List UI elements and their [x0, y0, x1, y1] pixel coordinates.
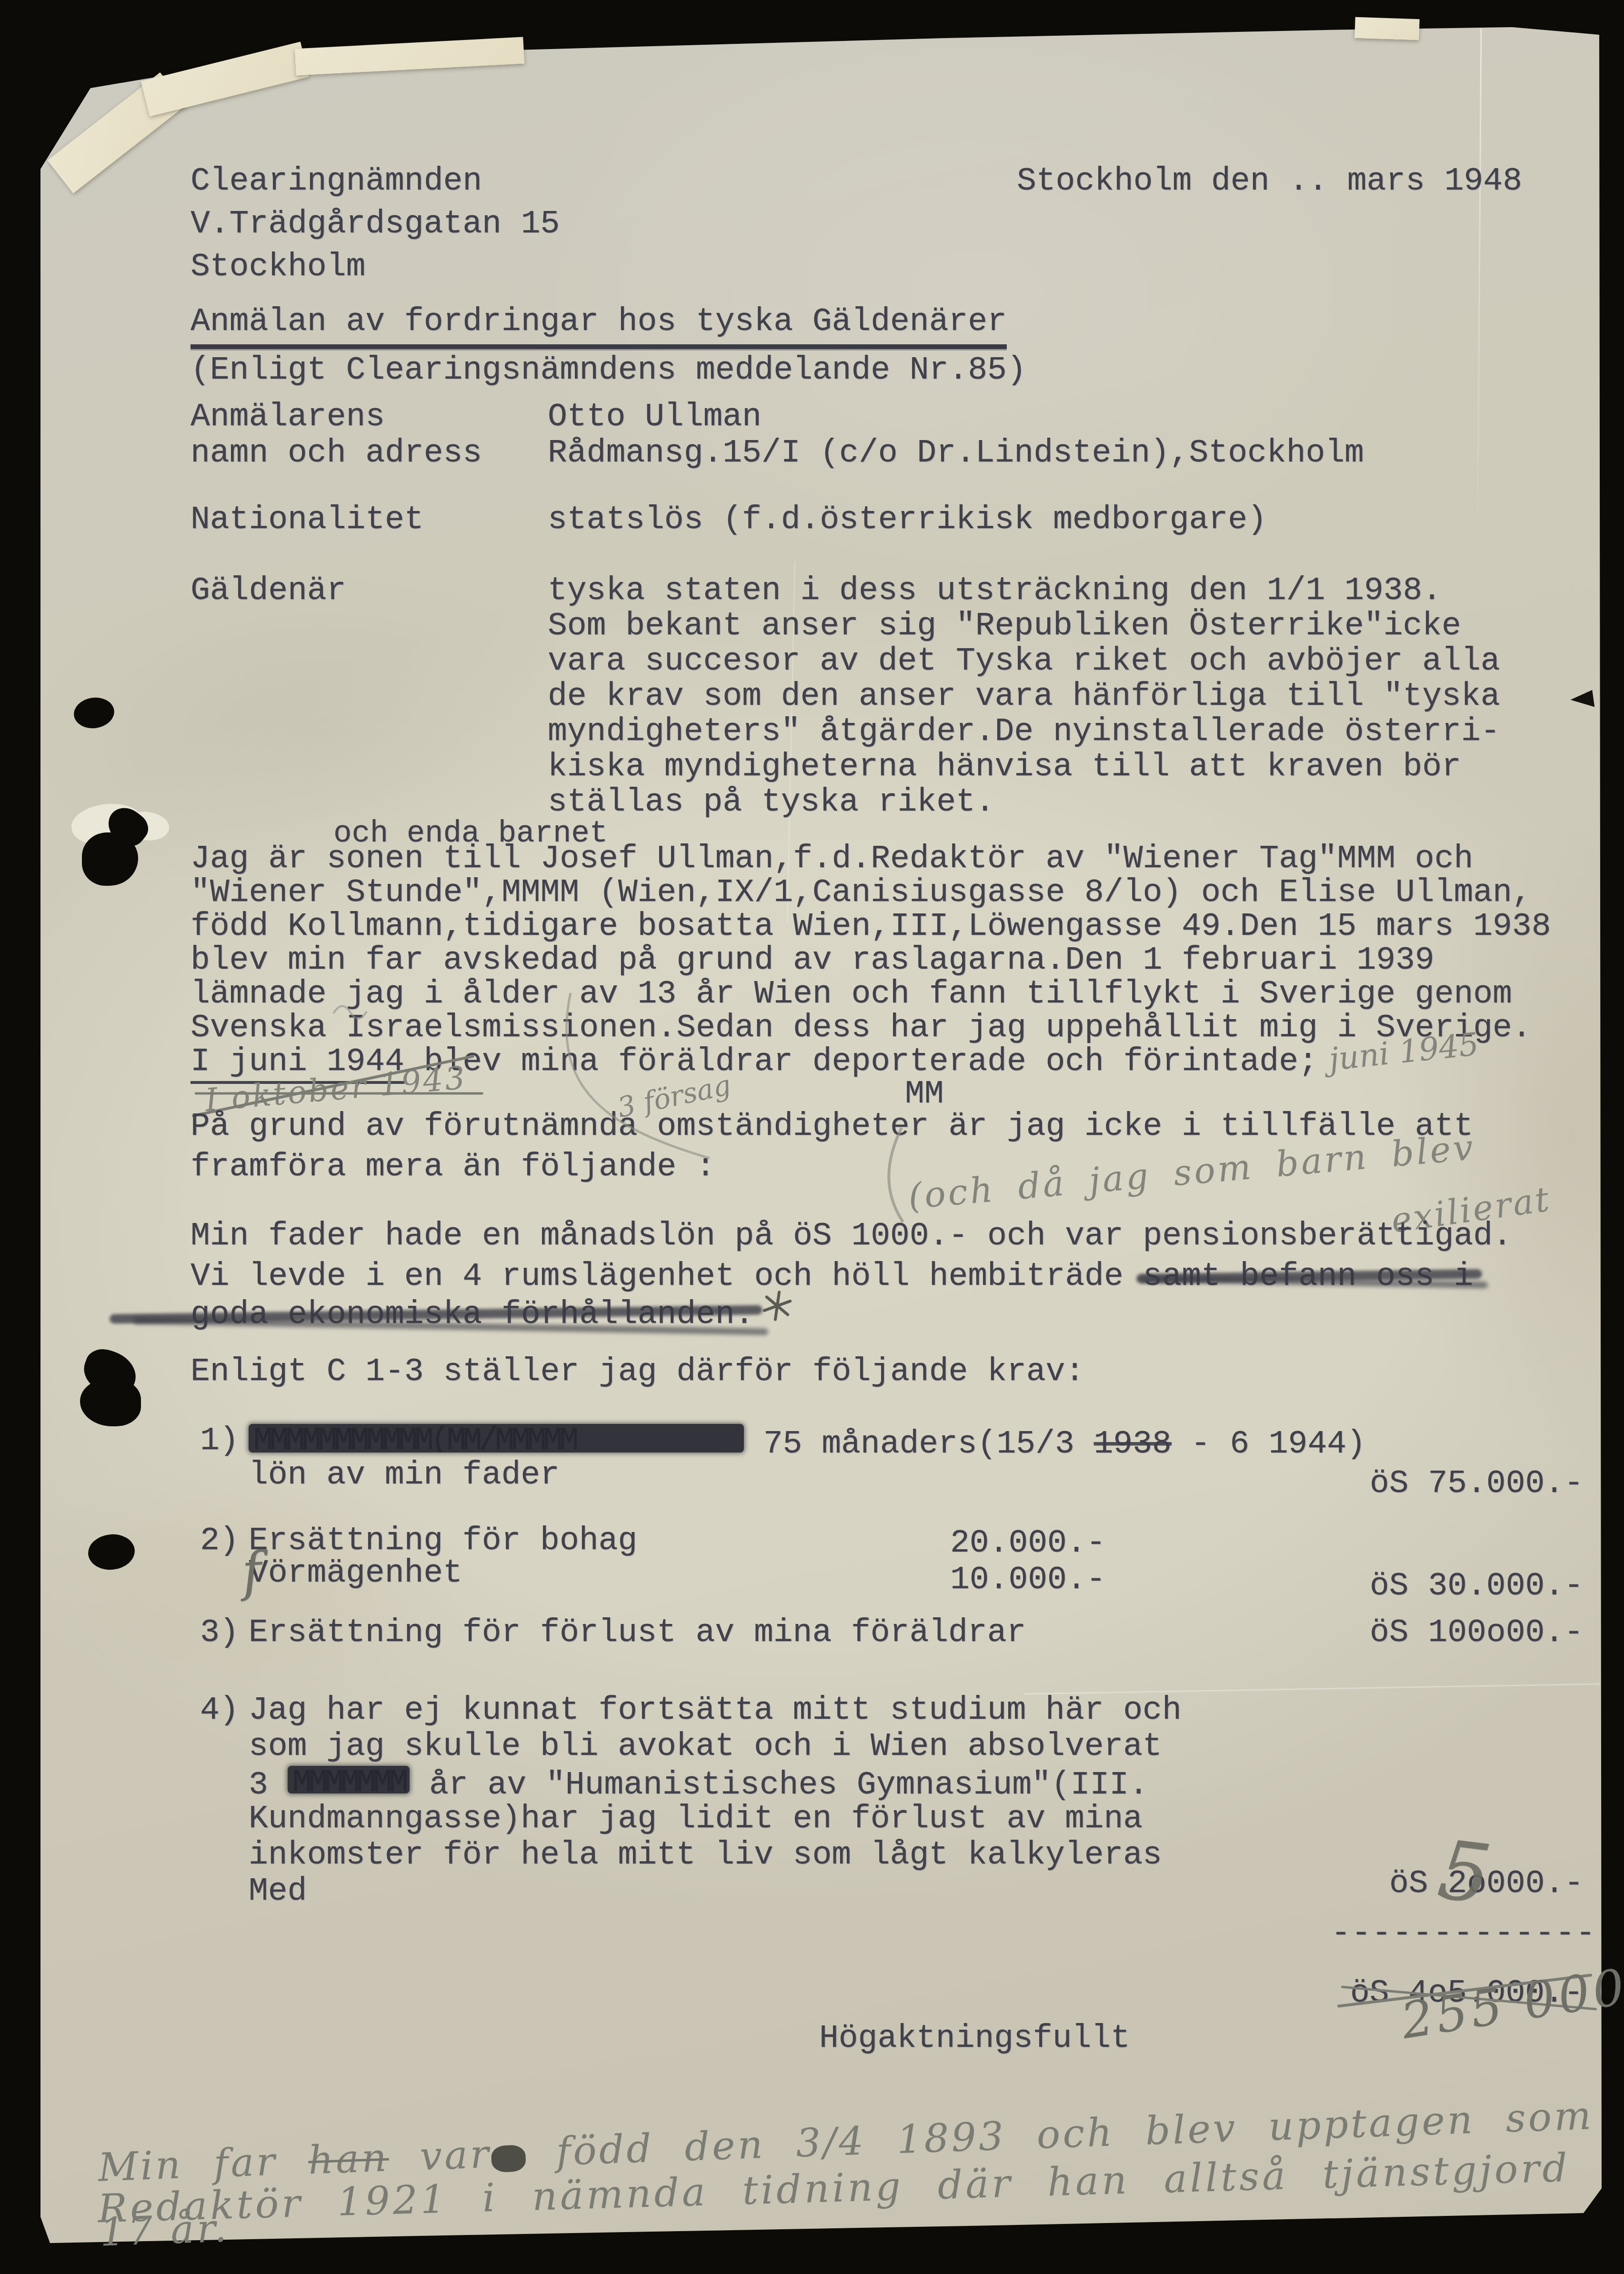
applicant-label-line1: Anmälarens: [190, 400, 385, 434]
applicant-address: Rådmansg.15/I (c/o Dr.Lindstein),Stockho…: [548, 436, 1364, 471]
claim-1-line1: MMMMMMMMMMM(MM/MMMMM 75 månaders(15/3 19…: [249, 1424, 1366, 1462]
text-line: Som bekant anser sig "Republiken Österri…: [548, 609, 1500, 644]
claim-2-line2: Vförmägenhet: [249, 1556, 462, 1591]
applicant-label-line2: namn och adress: [190, 436, 482, 471]
line7-rest: blev mina föräldrar deporterade och föri…: [404, 1043, 1318, 1080]
claim-2-line1: Ersättning för bohag: [249, 1524, 637, 1558]
text-line: tyska staten i dess utsträckning den 1/1…: [548, 574, 1500, 609]
claim-1-line2: lön av min fader: [249, 1458, 560, 1493]
body-paragraph-2-line2: framföra mera än följande :: [190, 1150, 715, 1184]
struck-year: 1938: [1094, 1426, 1172, 1463]
asterisk-mark: [760, 1289, 794, 1323]
pencil-digit: 5: [1434, 1827, 1495, 1918]
tape-piece: [1354, 17, 1419, 40]
text-line: lämnade jag i ålder av 13 år Wien och fa…: [190, 977, 1551, 1011]
claim-3-line1: Ersättning för förlust av mina föräldrar: [249, 1616, 1026, 1650]
text-line: vara succesor av det Tyska riket och avb…: [548, 644, 1500, 680]
typed-overtype-mm: MM: [905, 1077, 944, 1112]
salary-line3: goda ekonomiska förhållanden.: [190, 1298, 754, 1332]
dateline: Stockholm den .. mars 1948: [1017, 164, 1522, 199]
salary-line1: Min fader hade en månadslön på öS 1000.-…: [190, 1219, 1512, 1253]
claim-4-line5: inkomster för hela mitt liv som lågt kal…: [249, 1838, 1162, 1873]
claim-4-line3-pre: 3: [249, 1767, 288, 1803]
claim-2-amount: öS 30.000.-: [1370, 1569, 1584, 1603]
closing-salutation: Högaktningsfullt: [819, 2022, 1130, 2056]
claim-4-line3: 3 MMMMMMM år av "Humanistisches Gymnasiu…: [249, 1766, 1148, 1803]
text-line: Clearingnämnden: [190, 164, 560, 207]
blotted-text: MMMMMMM: [288, 1766, 410, 1793]
pencil-blot: [491, 2144, 526, 2172]
claim-2-subamount1: 20.000.-: [950, 1526, 1105, 1561]
text-line: född Kollmann,tidigare bosatta Wien,III,…: [190, 910, 1551, 943]
text-line: de krav som den anser vara hänförliga ti…: [548, 680, 1500, 715]
body-paragraph-2-line1: På grund av förutnämnda omständigheter ä…: [190, 1110, 1473, 1144]
claim-4-line1: Jag har ej kunnat fortsätta mitt studium…: [249, 1693, 1182, 1728]
text-line: "Wiener Stunde",MMMM (Wien,IX/1,Canisius…: [190, 876, 1551, 910]
text-line: myndigheters" åtgärder.De nyinstallerade…: [548, 715, 1500, 750]
sum-dashes: -------------: [1331, 1917, 1596, 1951]
pencil-initial: f: [240, 1543, 263, 1600]
text-line: Jag är sonen till Josef Ullman,f.d.Redak…: [190, 842, 1551, 876]
footer-struck-word: han: [308, 2135, 390, 2184]
nationality-label: Nationalitet: [190, 503, 424, 537]
claim-4-line3-post: år av "Humanistisches Gymnasium"(III.: [410, 1767, 1148, 1803]
claim-2-line2-rest: örmägenhet: [268, 1555, 462, 1592]
doc-title: Anmälan av fordringar hos tyska Gäldenär…: [190, 305, 1007, 339]
claim-2-number: 2): [200, 1524, 239, 1558]
claim-1-number: 1): [200, 1424, 239, 1458]
debtor-label: Gäldenär: [190, 574, 346, 608]
doc-title-text: Anmälan av fordringar hos tyska Gäldenär…: [190, 303, 1007, 349]
debtor-paragraph: tyska staten i dess utsträckning den 1/1…: [548, 574, 1500, 821]
text-line: V.Trädgårdsgatan 15: [190, 207, 560, 250]
claim-3-amount: öS 100o00.-: [1370, 1616, 1584, 1650]
salary-line2: Vi levde i en 4 rumslägenhet och höll he…: [190, 1260, 1473, 1294]
claim-1-amount: öS 75.000.-: [1370, 1467, 1584, 1501]
blotted-text: MMMMMMMMMMM(MM/MMMMM: [249, 1424, 744, 1453]
footer-line1-mid: var: [388, 2132, 492, 2180]
overwritten-digit: 25: [1447, 1867, 1467, 1901]
applicant-name: Otto Ullman: [548, 400, 762, 434]
claim-4-number: 4): [200, 1693, 239, 1728]
text-line: blev min far avskedad på grund av raslag…: [190, 943, 1551, 977]
salary-line2-text: Vi levde i en 4 rumslägenhet och höll he…: [190, 1258, 1143, 1295]
claim-1-period-pre: 75 månaders(15/3: [744, 1426, 1094, 1463]
ink-speck: [1570, 690, 1595, 710]
claims-intro: Enligt C 1-3 ställer jag därför följande…: [190, 1355, 1084, 1389]
recipient-address: ClearingnämndenV.Trädgårdsgatan 15Stockh…: [190, 164, 560, 293]
body-paragraph-1: Jag är sonen till Josef Ullman,f.d.Redak…: [190, 842, 1551, 1045]
footer-note-line3: 17 år.: [99, 2205, 230, 2255]
text-line: Stockholm: [190, 250, 560, 293]
scanned-document: { "scan": { "background_color": "#0d0b08…: [0, 0, 1624, 2274]
text-line: ställas på tyska riket.: [548, 785, 1500, 821]
doc-subtitle: (Enligt Clearingsnämndens meddelande Nr.…: [190, 353, 1026, 388]
claim-4-line4: Kundmanngasse)har jag lidit en förlust a…: [249, 1802, 1143, 1836]
overwritten-initial: Vf: [249, 1556, 268, 1591]
claim-4-amount: öS 25o000.-: [1389, 1867, 1584, 1901]
claim-4-line2: som jag skulle bli avokat och i Wien abs…: [249, 1730, 1162, 1764]
struck-text: goda ekonomiska förhållanden.: [190, 1298, 754, 1332]
nationality-value: statslös (f.d.österrikisk medborgare): [548, 503, 1267, 537]
struck-text: samt befann oss i: [1143, 1260, 1474, 1294]
text-line: kiska myndigheterna hänvisa till att kra…: [548, 750, 1500, 785]
claim-4-line6: Med: [249, 1874, 307, 1909]
claim-3-number: 3): [200, 1616, 239, 1650]
claim-2-subamount2: 10.000.-: [950, 1563, 1105, 1597]
claim-1-period-post: - 6 1944): [1172, 1426, 1366, 1463]
